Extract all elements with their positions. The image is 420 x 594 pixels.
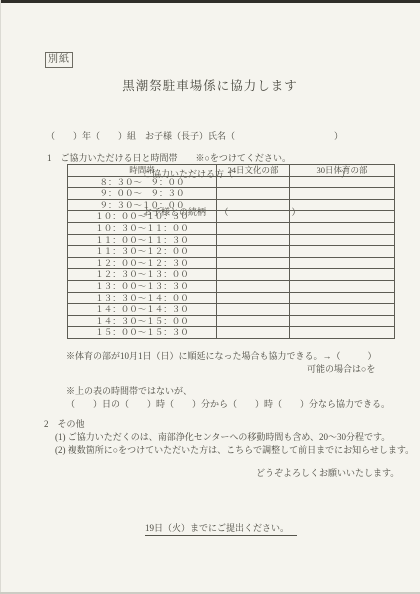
culture-mark-cell [217,304,290,316]
culture-mark-cell [217,234,290,246]
time-slot-table: 時間帯 24日文化の部 30日体育の部 ８：３０～ ９：００ ９：００～ ９：３… [67,164,395,339]
time-slot-label: １０：３０～１１：００ [68,222,217,234]
sports-mark-cell [290,211,395,223]
culture-mark-cell [217,211,290,223]
time-slot-label: ９：００～ ９：３０ [68,188,217,200]
time-slot-row: ９：００～ ９：３０ [68,188,395,200]
time-slot-row: ９：３０～１０：００ [68,199,395,211]
culture-mark-cell [217,280,290,292]
section2-heading: 2 その他 [44,417,85,430]
time-slot-label: ８：３０～ ９：００ [68,176,217,188]
sports-mark-cell [290,269,395,281]
grade-class-name-line: （ ）年（ ）組 お子様（長子）氏名（ ） [46,130,350,143]
time-slot-row: １４：００～１４：３０ [68,304,395,316]
sports-mark-cell [290,304,395,316]
culture-mark-cell [217,246,290,258]
col-header-sports-day: 30日体育の部 [290,165,395,177]
section1-heading: 1 ご協力いただける日と時間帯 ※○をつけてください。 [47,151,291,164]
sports-mark-cell [290,280,395,292]
time-slot-row: １３：００～１３：３０ [68,280,395,292]
sports-mark-cell [290,327,395,339]
time-slot-row: １１：３０～１２：００ [68,246,395,258]
postpone-note-sub: 可能の場合は○を [307,362,375,375]
time-slot-row: １３：３０～１４：００ [68,292,395,304]
time-slot-row: １０：００～１０：３０ [68,211,395,223]
sports-mark-cell [290,246,395,258]
culture-mark-cell [217,315,290,327]
col-header-timeslot: 時間帯 [68,165,217,177]
time-slot-row: １１：００～１１：３０ [68,234,395,246]
col-header-culture-day: 24日文化の部 [217,165,290,177]
sports-mark-cell [290,222,395,234]
sports-mark-cell [290,315,395,327]
culture-mark-cell [217,269,290,281]
attachment-tag: 別紙 [45,52,73,68]
culture-mark-cell [217,176,290,188]
time-slot-row: １４：３０～１５：００ [68,315,395,327]
postpone-note: ※体育の部が10月1日（日）に順延になった場合も協力できる。→（ ） [66,349,377,362]
section2-item-2: (2) 複数箇所に○をつけていただいた方は、こちらで調整して前日までにお知らせし… [55,443,414,456]
time-slot-row: １０：３０～１１：００ [68,222,395,234]
time-slot-label: ９：３０～１０：００ [68,199,217,211]
time-slot-label: １３：００～１３：３０ [68,280,217,292]
table-header-row: 時間帯 24日文化の部 30日体育の部 [68,165,395,177]
time-slot-label: １４：３０～１５：００ [68,315,217,327]
time-slot-label: １２：３０～１３：００ [68,269,217,281]
alt-time-note-line2: （ ）日の（ ）時（ ）分から（ ）時（ ）分なら協力できる。 [66,397,390,410]
time-slot-label: １４：００～１４：３０ [68,304,217,316]
time-slot-label: １５：００～１５：３０ [68,327,217,339]
culture-mark-cell [217,188,290,200]
culture-mark-cell [217,199,290,211]
sports-mark-cell [290,199,395,211]
time-slot-row: １２：３０～１３：００ [68,269,395,281]
closing-greeting: どうぞよろしくお願いいたします。 [256,466,399,479]
sports-mark-cell [290,292,395,304]
sports-mark-cell [290,188,395,200]
time-slot-label: １３：３０～１４：００ [68,292,217,304]
time-slot-label: １１：００～１１：３０ [68,234,217,246]
submission-deadline: 19日（火）までにご提出ください。 [145,521,297,536]
time-slot-row: １２：００～１２：３０ [68,257,395,269]
sports-mark-cell [290,257,395,269]
time-slot-row: ８：３０～ ９：００ [68,176,395,188]
scan-top-edge [0,0,420,3]
section2-item-1: (1) ご協力いただくのは、南部浄化センターへの移動時間も含め、20～30分程で… [55,430,390,443]
sports-mark-cell [290,176,395,188]
culture-mark-cell [217,292,290,304]
time-slot-label: １０：００～１０：３０ [68,211,217,223]
culture-mark-cell [217,222,290,234]
culture-mark-cell [217,327,290,339]
scanned-form-page: 別紙 黒潮祭駐車場係に協力します （ ）年（ ）組 お子様（長子）氏名（ ） ご… [0,0,420,594]
sports-mark-cell [290,234,395,246]
time-slot-label: １１：３０～１２：００ [68,246,217,258]
culture-mark-cell [217,257,290,269]
alt-time-note-line1: ※上の表の時間帯ではないが、 [66,384,192,397]
time-slot-row: １５：００～１５：３０ [68,327,395,339]
form-title: 黒潮祭駐車場係に協力します [0,76,420,94]
time-slot-label: １２：００～１２：３０ [68,257,217,269]
